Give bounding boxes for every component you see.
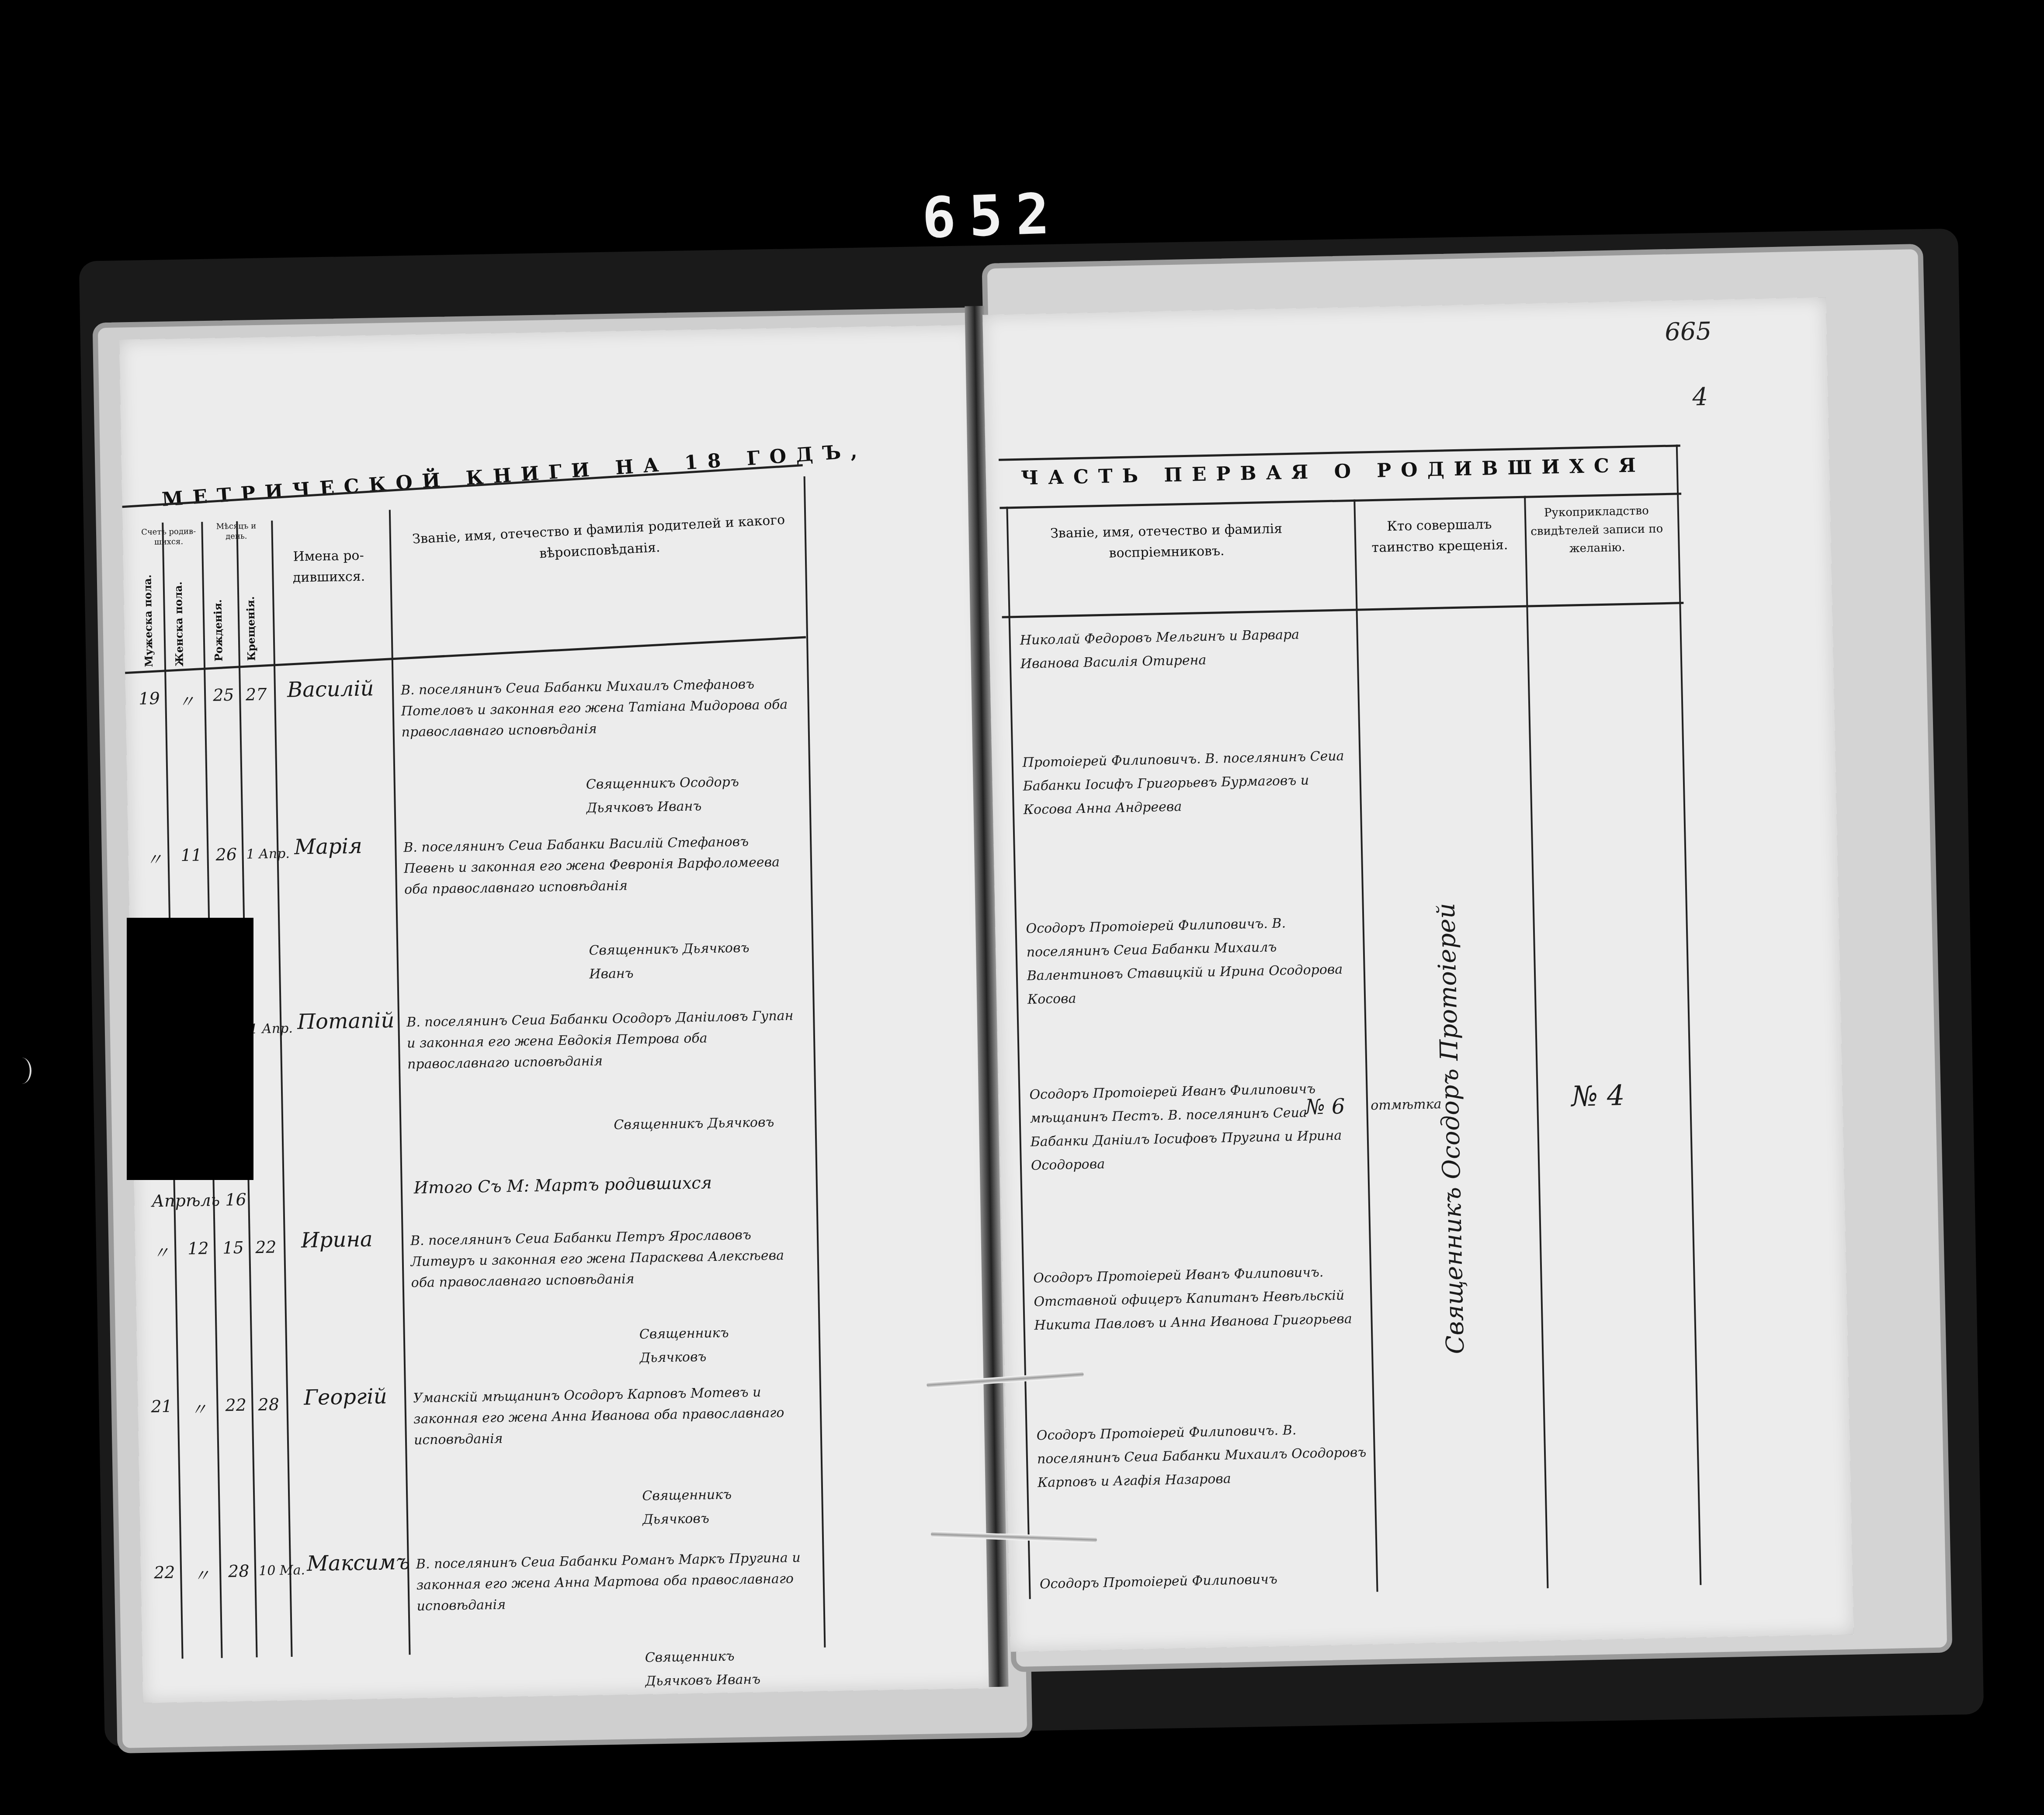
row-5-name: Георгій xyxy=(304,1384,387,1410)
folio-number: 665 xyxy=(1665,317,1712,347)
row-2-baptism: 1 Апр. xyxy=(246,846,290,862)
header-male: Мужеска пола. xyxy=(141,566,155,667)
header-godparents: Званіе, имя, отечество и фамилія воспріе… xyxy=(1013,518,1320,566)
marginal-note: отмѣтка xyxy=(1371,1097,1442,1113)
row-4-baptism: 22 xyxy=(255,1237,277,1257)
row-2-parents: В. поселянинъ Сеиа Бабанки Василій Стефа… xyxy=(403,830,798,900)
row-4-male: 〃 xyxy=(153,1239,170,1264)
row-1-birth: 25 xyxy=(213,685,234,705)
header-names: Имена ро- дившихся. xyxy=(280,545,377,589)
row-3-baptism: 1 Апр. xyxy=(249,1021,293,1037)
row-4-parents: В. поселянинъ Сеиа Бабанки Петръ Ярослав… xyxy=(410,1224,805,1294)
row-6-female: 〃 xyxy=(193,1562,210,1586)
header-witness-signatures: Рукоприкладство свидѣтелей записи по жел… xyxy=(1529,502,1666,559)
row-4-birth: 15 xyxy=(222,1238,244,1258)
row-2-signature: Священникъ Дьячковъ Иванъ xyxy=(589,936,786,986)
row-5-signature: Священникъ Дьячковъ xyxy=(642,1482,796,1532)
row-6-signature: Священникъ Дьячковъ Иванъ xyxy=(645,1644,798,1694)
godparents-row-5: Осодоръ Протоіерей Иванъ Филиповичъ. Отс… xyxy=(1033,1260,1367,1338)
row-1-name: Василій xyxy=(287,676,374,702)
scanner-clip xyxy=(127,918,253,1180)
row-6-parents: В. поселянинъ Сеиа Бабанки Романъ Маркъ … xyxy=(416,1547,810,1617)
header-count: Счетъ родив- шихся. xyxy=(131,526,206,548)
row-1-male: 19 xyxy=(139,689,160,708)
row-5-baptism: 28 xyxy=(258,1395,279,1414)
row-4-signature: Священникъ Дьячковъ xyxy=(639,1320,793,1370)
row-1-female: 〃 xyxy=(178,688,195,712)
row-4-name: Ирина xyxy=(301,1227,373,1253)
header-bottom-rule xyxy=(1002,602,1684,618)
row-4-female: 12 xyxy=(187,1239,209,1258)
row-5-female: 〃 xyxy=(190,1396,207,1420)
header-bottom-rule xyxy=(125,636,806,674)
performed-by-signature: Священникъ Осодоръ Протоіерей xyxy=(1429,742,1470,1354)
godparents-row-4: Осодоръ Протоіерей Иванъ Филиповичъ мѣща… xyxy=(1029,1076,1363,1178)
godparents-row-2: Протоіерей Филиповичъ. В. поселянинъ Сеи… xyxy=(1022,744,1356,822)
row-2-name: Марія xyxy=(294,834,363,860)
godparents-row-1: Николай Федоровъ Мельгинъ и Варвара Иван… xyxy=(1020,622,1353,676)
row-2-male: 〃 xyxy=(146,846,163,871)
row-5-parents: Уманскій мѣщанинъ Осодоръ Карповъ Мотевъ… xyxy=(413,1381,807,1451)
godparents-row-7: Осодоръ Протоіерей Филиповичъ xyxy=(1039,1566,1372,1596)
row-2-birth: 26 xyxy=(215,845,237,864)
header-performed-by: Кто совершалъ таинство крещенія. xyxy=(1363,514,1517,559)
row-3-signature: Священникъ Дьячковъ xyxy=(614,1111,789,1137)
count-mark-right: № 4 xyxy=(1571,1079,1625,1113)
row-1-signature: Священникъ Осодоръ Дьячковъ Иванъ xyxy=(586,770,783,820)
right-page: 665 4 ЧАСТЬ ПЕРВАЯ О РОДИВШИХСЯ Званіе, … xyxy=(982,297,1854,1652)
header-birth: Рожденія. xyxy=(211,556,225,661)
month-total-note: Итого Съ М: Мартъ родившихся xyxy=(414,1173,712,1197)
column-rule xyxy=(1676,444,1702,1585)
row-1-baptism: 27 xyxy=(246,685,267,704)
row-5-birth: 22 xyxy=(225,1395,246,1415)
column-rule xyxy=(804,476,826,1648)
edge-mark xyxy=(12,1058,31,1084)
count-mark-left: № 6 xyxy=(1305,1094,1345,1120)
godparents-row-3: Осодоръ Протоіерей Филиповичъ. В. поселя… xyxy=(1026,910,1360,1012)
right-page-title: ЧАСТЬ ПЕРВАЯ О РОДИВШИХСЯ xyxy=(1020,454,1645,489)
row-1-parents: В. поселянинъ Сеиа Бабанки Михаилъ Стефа… xyxy=(401,673,795,743)
godparents-row-6: Осодоръ Протоіерей Филиповичъ. В. поселя… xyxy=(1036,1417,1370,1495)
row-3-name: Потапій xyxy=(297,1008,395,1034)
row-6-baptism: 10 Ма. xyxy=(259,1562,305,1579)
header-baptism: Крещенія. xyxy=(243,556,258,661)
row-6-name: Максимъ xyxy=(306,1550,410,1576)
header-parents: Званіе, имя, отечество и фамилія родител… xyxy=(402,509,797,572)
left-page-title: МЕТРИЧЕСКОЙ КНИГИ НА 18 ГОДЪ, xyxy=(161,439,868,511)
month-label: Апрѣль 16 xyxy=(152,1190,246,1211)
row-6-male: 22 xyxy=(154,1563,175,1582)
row-3-parents: В. поселянинъ Сеиа Бабанки Осодоръ Даніи… xyxy=(406,1005,801,1075)
frame-number: 652 xyxy=(921,181,1063,251)
row-5-male: 21 xyxy=(151,1397,172,1416)
folio-mark: 4 xyxy=(1692,383,1708,412)
row-2-female: 11 xyxy=(180,845,202,865)
header-female: Женска пола. xyxy=(171,566,186,666)
column-rule xyxy=(1524,496,1548,1589)
row-6-birth: 28 xyxy=(228,1562,250,1581)
